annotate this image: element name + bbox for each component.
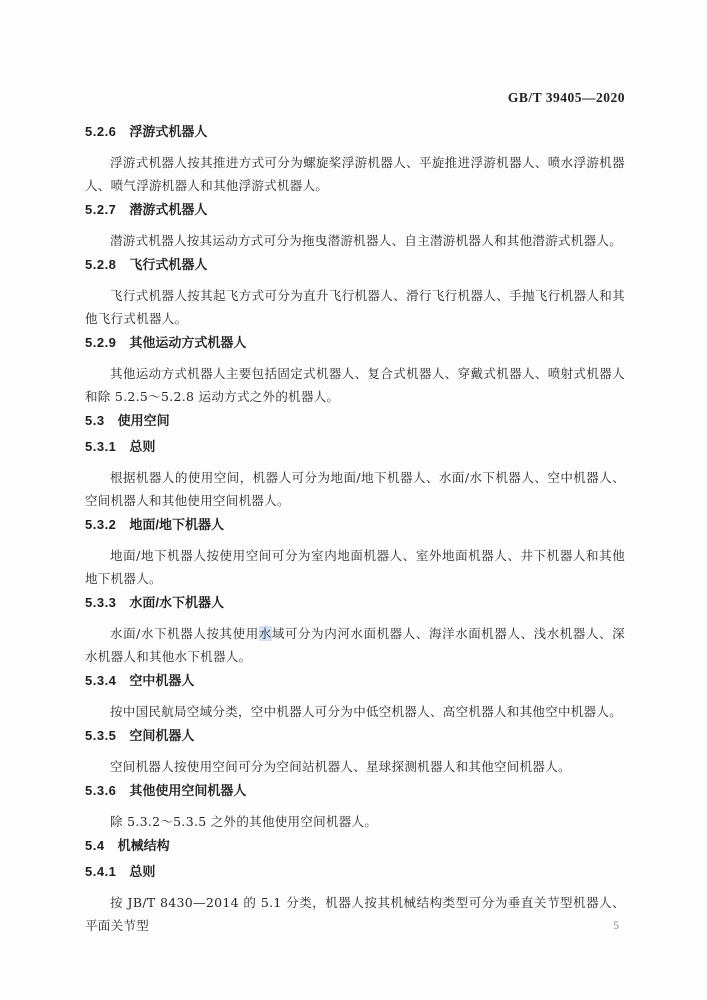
section-title: 空中机器人	[129, 673, 194, 688]
paragraph: 根据机器人的使用空间，机器人可分为地面/地下机器人、水面/水下机器人、空中机器人…	[85, 466, 625, 512]
section-title: 使用空间	[118, 413, 170, 428]
section-5-3-2: 5.3.2地面/地下机器人 地面/地下机器人按使用空间可分为室内地面机器人、室外…	[85, 518, 625, 590]
section-5-3-4: 5.3.4空中机器人 按中国民航局空域分类，空中机器人可分为中低空机器人、高空机…	[85, 674, 625, 723]
section-5-3-3: 5.3.3水面/水下机器人 水面/水下机器人按其使用水域可分为内河水面机器人、海…	[85, 596, 625, 668]
section-5-2-6: 5.2.6浮游式机器人 浮游式机器人按其推进方式可分为螺旋桨浮游机器人、平旋推进…	[85, 125, 625, 197]
section-heading: 5.4.1总则	[85, 865, 625, 879]
section-title: 水面/水下机器人	[129, 595, 224, 610]
section-number: 5.4	[85, 839, 105, 853]
section-heading: 5.2.9其他运动方式机器人	[85, 336, 625, 350]
section-title: 潜游式机器人	[129, 202, 207, 217]
section-5-3-6: 5.3.6其他使用空间机器人 除 5.3.2～5.3.5 之外的其他使用空间机器…	[85, 784, 625, 833]
paragraph-text: 水面/水下机器人按其使用	[110, 626, 259, 641]
section-5-3-1: 5.3.1总则 根据机器人的使用空间，机器人可分为地面/地下机器人、水面/水下机…	[85, 440, 625, 512]
page-header: GB/T 39405—2020	[508, 90, 625, 106]
paragraph: 地面/地下机器人按使用空间可分为室内地面机器人、室外地面机器人、井下机器人和其他…	[85, 544, 625, 590]
section-number: 5.3	[85, 414, 105, 428]
section-heading: 5.3.1总则	[85, 440, 625, 454]
section-number: 5.3.3	[85, 596, 116, 610]
section-title: 机械结构	[118, 838, 170, 853]
paragraph: 飞行式机器人按其起飞方式可分为直升飞行机器人、滑行飞行机器人、手抛飞行机器人和其…	[85, 284, 625, 330]
document-page: GB/T 39405—2020 5.2.6浮游式机器人 浮游式机器人按其推进方式…	[0, 0, 707, 1000]
section-title: 总则	[129, 864, 155, 879]
section-number: 5.2.9	[85, 336, 116, 350]
section-heading: 5.2.7潜游式机器人	[85, 203, 625, 217]
paragraph: 其他运动方式机器人主要包括固定式机器人、复合式机器人、穿戴式机器人、喷射式机器人…	[85, 362, 625, 408]
section-heading: 5.3.6其他使用空间机器人	[85, 784, 625, 798]
document-content: 5.2.6浮游式机器人 浮游式机器人按其推进方式可分为螺旋桨浮游机器人、平旋推进…	[85, 125, 625, 943]
section-number: 5.3.1	[85, 440, 116, 454]
section-heading: 5.3.3水面/水下机器人	[85, 596, 625, 610]
section-5-3: 5.3使用空间	[85, 414, 625, 428]
section-title: 飞行式机器人	[129, 257, 207, 272]
section-title: 浮游式机器人	[129, 124, 207, 139]
section-heading: 5.3使用空间	[85, 414, 625, 428]
section-number: 5.2.6	[85, 125, 116, 139]
section-5-4: 5.4机械结构	[85, 839, 625, 853]
paragraph: 按中国民航局空域分类，空中机器人可分为中低空机器人、高空机器人和其他空中机器人。	[85, 700, 625, 723]
section-5-4-1: 5.4.1总则 按 JB/T 8430—2014 的 5.1 分类，机器人按其机…	[85, 865, 625, 937]
section-number: 5.3.5	[85, 729, 116, 743]
paragraph: 按 JB/T 8430—2014 的 5.1 分类，机器人按其机械结构类型可分为…	[85, 891, 625, 937]
paragraph: 除 5.3.2～5.3.5 之外的其他使用空间机器人。	[85, 810, 625, 833]
section-number: 5.3.2	[85, 518, 116, 532]
section-heading: 5.3.5空间机器人	[85, 729, 625, 743]
section-title: 其他运动方式机器人	[129, 335, 246, 350]
section-title: 其他使用空间机器人	[129, 783, 246, 798]
section-number: 5.2.7	[85, 203, 116, 217]
highlight-mark: 水	[259, 626, 272, 641]
page-number: 5	[613, 920, 619, 932]
section-heading: 5.3.2地面/地下机器人	[85, 518, 625, 532]
section-heading: 5.2.6浮游式机器人	[85, 125, 625, 139]
section-title: 地面/地下机器人	[129, 517, 224, 532]
section-number: 5.2.8	[85, 258, 116, 272]
page-footer: 5	[613, 920, 619, 932]
section-heading: 5.2.8飞行式机器人	[85, 258, 625, 272]
section-heading: 5.3.4空中机器人	[85, 674, 625, 688]
paragraph: 空间机器人按使用空间可分为空间站机器人、星球探测机器人和其他空间机器人。	[85, 755, 625, 778]
section-number: 5.4.1	[85, 865, 116, 879]
paragraph: 浮游式机器人按其推进方式可分为螺旋桨浮游机器人、平旋推进浮游机器人、喷水浮游机器…	[85, 151, 625, 197]
section-title: 总则	[129, 439, 155, 454]
section-5-2-9: 5.2.9其他运动方式机器人 其他运动方式机器人主要包括固定式机器人、复合式机器…	[85, 336, 625, 408]
section-number: 5.3.4	[85, 674, 116, 688]
section-number: 5.3.6	[85, 784, 116, 798]
paragraph: 潜游式机器人按其运动方式可分为拖曳潜游机器人、自主潜游机器人和其他潜游式机器人。	[85, 229, 625, 252]
standard-code: GB/T 39405—2020	[508, 90, 625, 105]
section-title: 空间机器人	[129, 728, 194, 743]
section-5-2-8: 5.2.8飞行式机器人 飞行式机器人按其起飞方式可分为直升飞行机器人、滑行飞行机…	[85, 258, 625, 330]
paragraph: 水面/水下机器人按其使用水域可分为内河水面机器人、海洋水面机器人、浅水机器人、深…	[85, 622, 625, 668]
section-5-3-5: 5.3.5空间机器人 空间机器人按使用空间可分为空间站机器人、星球探测机器人和其…	[85, 729, 625, 778]
section-5-2-7: 5.2.7潜游式机器人 潜游式机器人按其运动方式可分为拖曳潜游机器人、自主潜游机…	[85, 203, 625, 252]
section-heading: 5.4机械结构	[85, 839, 625, 853]
